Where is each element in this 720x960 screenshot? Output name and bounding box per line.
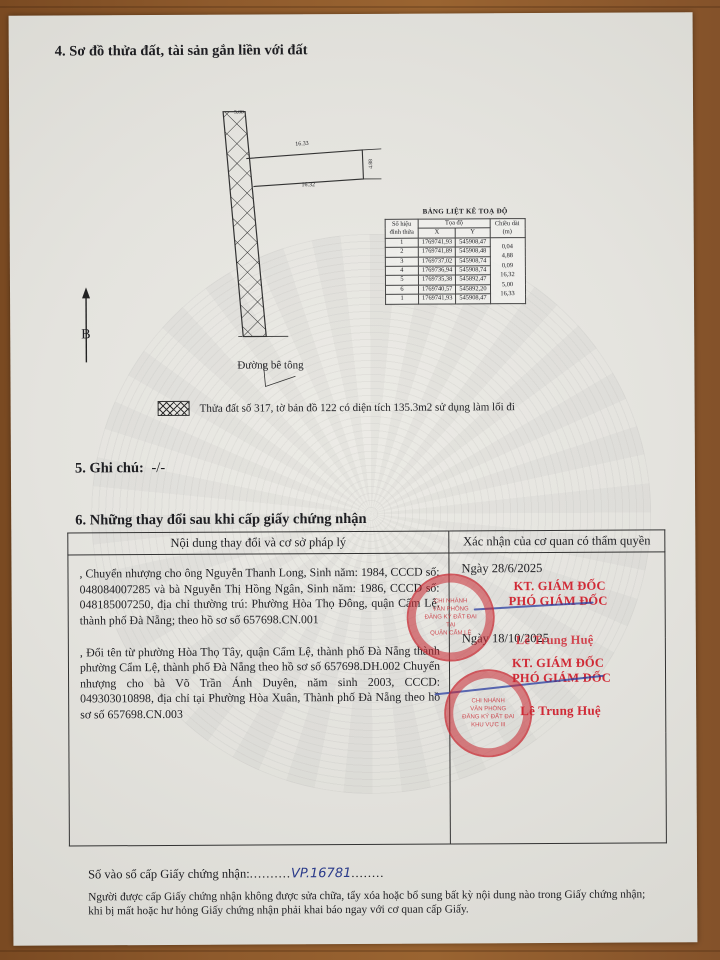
signer-name-2: Lê Trung Huệ <box>520 703 601 719</box>
north-label: B <box>81 327 90 343</box>
empty-row <box>69 733 451 845</box>
coord-table: Số hiệu đỉnh thửa Tọa độ Chiều dài (m) X… <box>385 218 526 304</box>
coord-header-point: Số hiệu đỉnh thửa <box>385 219 418 238</box>
signer-name-1: Lê Trung Huệ <box>516 633 594 648</box>
coord-table-title: BẢNG LIỆT KÊ TOẠ ĐỘ <box>423 207 508 215</box>
change-entry-2: , Đổi tên từ phường Hòa Thọ Tây, quận Cẩ… <box>68 638 449 735</box>
stamp-text: ĐĂNG KÝ ĐẤT ĐAI <box>462 713 514 721</box>
section-6-title: 6. Những thay đổi sau khi cấp giấy chứng… <box>75 511 366 530</box>
stamp-text: TẠI <box>446 621 455 629</box>
parcel-diagram: 16.33 16.32 4.88 5.00 B Đường bê tông BẢ… <box>9 12 695 436</box>
certificate-page: 4. Sơ đồ thửa đất, tài sản gắn liền với … <box>9 12 698 946</box>
changes-table: Nội dung thay đổi và cơ sở pháp lý Xác n… <box>67 529 667 846</box>
header-authority-confirmation: Xác nhận của cơ quan có thẩm quyền <box>449 530 665 553</box>
header-change-content: Nội dung thay đổi và cơ sở pháp lý <box>68 531 449 555</box>
wood-grain <box>0 950 720 952</box>
edge-length: 0,09 <box>493 261 521 271</box>
coord-cell-point: 1 <box>386 294 419 304</box>
confirm-date-1: Ngày 28/6/2025 <box>461 561 542 576</box>
coord-cell-point: 6 <box>385 285 418 295</box>
coord-cell-y: 545908,48 <box>456 247 490 257</box>
coord-row: 11769741,93545908,470,044,880,0916,325,0… <box>385 237 525 247</box>
coord-header-y: Y <box>456 228 490 238</box>
edge-label: 16.32 <box>301 182 315 188</box>
edge-length: 0,04 <box>493 242 521 252</box>
stamp-text: QUẬN CẨM LỆ <box>430 629 471 637</box>
section-5-title: 5. Ghi chú: -/- <box>75 460 165 477</box>
signer-title-2a: KT. GIÁM ĐỐC <box>512 656 604 671</box>
coord-cell-x: 1769735,38 <box>418 275 455 285</box>
official-stamp-1: CHI NHÁNH VĂN PHÒNG ĐĂNG KÝ ĐẤT ĐAI TẠI … <box>406 573 494 661</box>
coord-header-length: Chiều dài (m) <box>490 219 525 238</box>
stamp-text: CHI NHÁNH <box>434 597 467 605</box>
edge-length: 5,00 <box>493 280 521 290</box>
coord-cell-y: 545908,74 <box>456 266 490 276</box>
road-label: Đường bê tông <box>237 359 303 371</box>
coord-cell-x: 1769737,02 <box>418 257 455 267</box>
coord-cell-x: 1769741,89 <box>418 247 455 257</box>
parcel-drawing <box>9 12 695 436</box>
coord-cell-point: 4 <box>385 266 418 276</box>
footnote: Người được cấp Giấy chứng nhận không đượ… <box>88 887 648 918</box>
change-entry-text: , Đổi tên từ phường Hòa Thọ Tây, quận Cẩ… <box>70 639 448 726</box>
coord-header-x: X <box>418 228 455 238</box>
official-stamp-2: CHI NHÁNH VĂN PHÒNG ĐĂNG KÝ ĐẤT ĐAI KHU … <box>444 669 532 757</box>
coord-cell-x: 1769736,94 <box>418 266 455 276</box>
registry-number: VP.16781 <box>291 866 352 881</box>
edge-label: 5.00 <box>234 110 244 116</box>
stamp-text: KHU VỰC III <box>471 721 506 729</box>
edge-length: 16,33 <box>494 289 522 299</box>
coord-cell-y: 545908,47 <box>456 238 490 248</box>
coord-cell-point: 1 <box>385 238 418 248</box>
edge-label: 16.33 <box>295 141 309 148</box>
coord-cell-y: 545892,47 <box>456 275 490 285</box>
stamp-text: ĐĂNG KÝ ĐẤT ĐAI <box>425 613 477 621</box>
coord-cell-x: 1769741,93 <box>418 238 455 248</box>
change-entry-text: , Chuyển nhượng cho ông Nguyễn Thanh Lon… <box>69 555 447 633</box>
wood-grain <box>0 6 720 8</box>
registry-label: Số vào sổ cấp Giấy chứng nhận: <box>88 867 250 882</box>
coord-cell-y: 545892,20 <box>456 285 490 295</box>
legend: Thửa đất số 317, tờ bản đồ 122 có diện t… <box>158 399 515 416</box>
coord-cell-x: 1769741,93 <box>419 294 456 304</box>
edge-label: 4.88 <box>368 159 374 169</box>
signer-title-1a: KT. GIÁM ĐỐC <box>514 579 606 594</box>
notes-value: -/- <box>151 460 165 476</box>
edge-length: 16,32 <box>493 270 521 280</box>
notes-label: 5. Ghi chú: <box>75 460 144 476</box>
registry-line: Số vào sổ cấp Giấy chứng nhận:..........… <box>88 866 384 883</box>
legend-text: Thửa đất số 317, tờ bản đồ 122 có diện t… <box>200 401 515 415</box>
edge-length: 4,88 <box>493 251 521 261</box>
stamp-text: VĂN PHÒNG <box>470 705 506 713</box>
coord-cell-point: 3 <box>385 257 418 267</box>
coord-cell-point: 5 <box>385 276 418 286</box>
coord-cell-y: 545908,74 <box>456 256 490 266</box>
coord-lengths: 0,044,880,0916,325,0016,33 <box>490 237 525 303</box>
stamp-text: CHI NHÁNH <box>471 697 504 705</box>
coord-cell-x: 1769740,57 <box>418 285 455 295</box>
change-entry-1: , Chuyển nhượng cho ông Nguyễn Thanh Lon… <box>68 553 449 640</box>
stamp-text: VĂN PHÒNG <box>433 605 469 613</box>
coord-cell-y: 545908,47 <box>456 294 490 304</box>
coord-cell-point: 2 <box>385 247 418 257</box>
coord-header-coords: Tọa độ <box>418 219 490 229</box>
crosshatch-swatch-icon <box>158 401 190 416</box>
